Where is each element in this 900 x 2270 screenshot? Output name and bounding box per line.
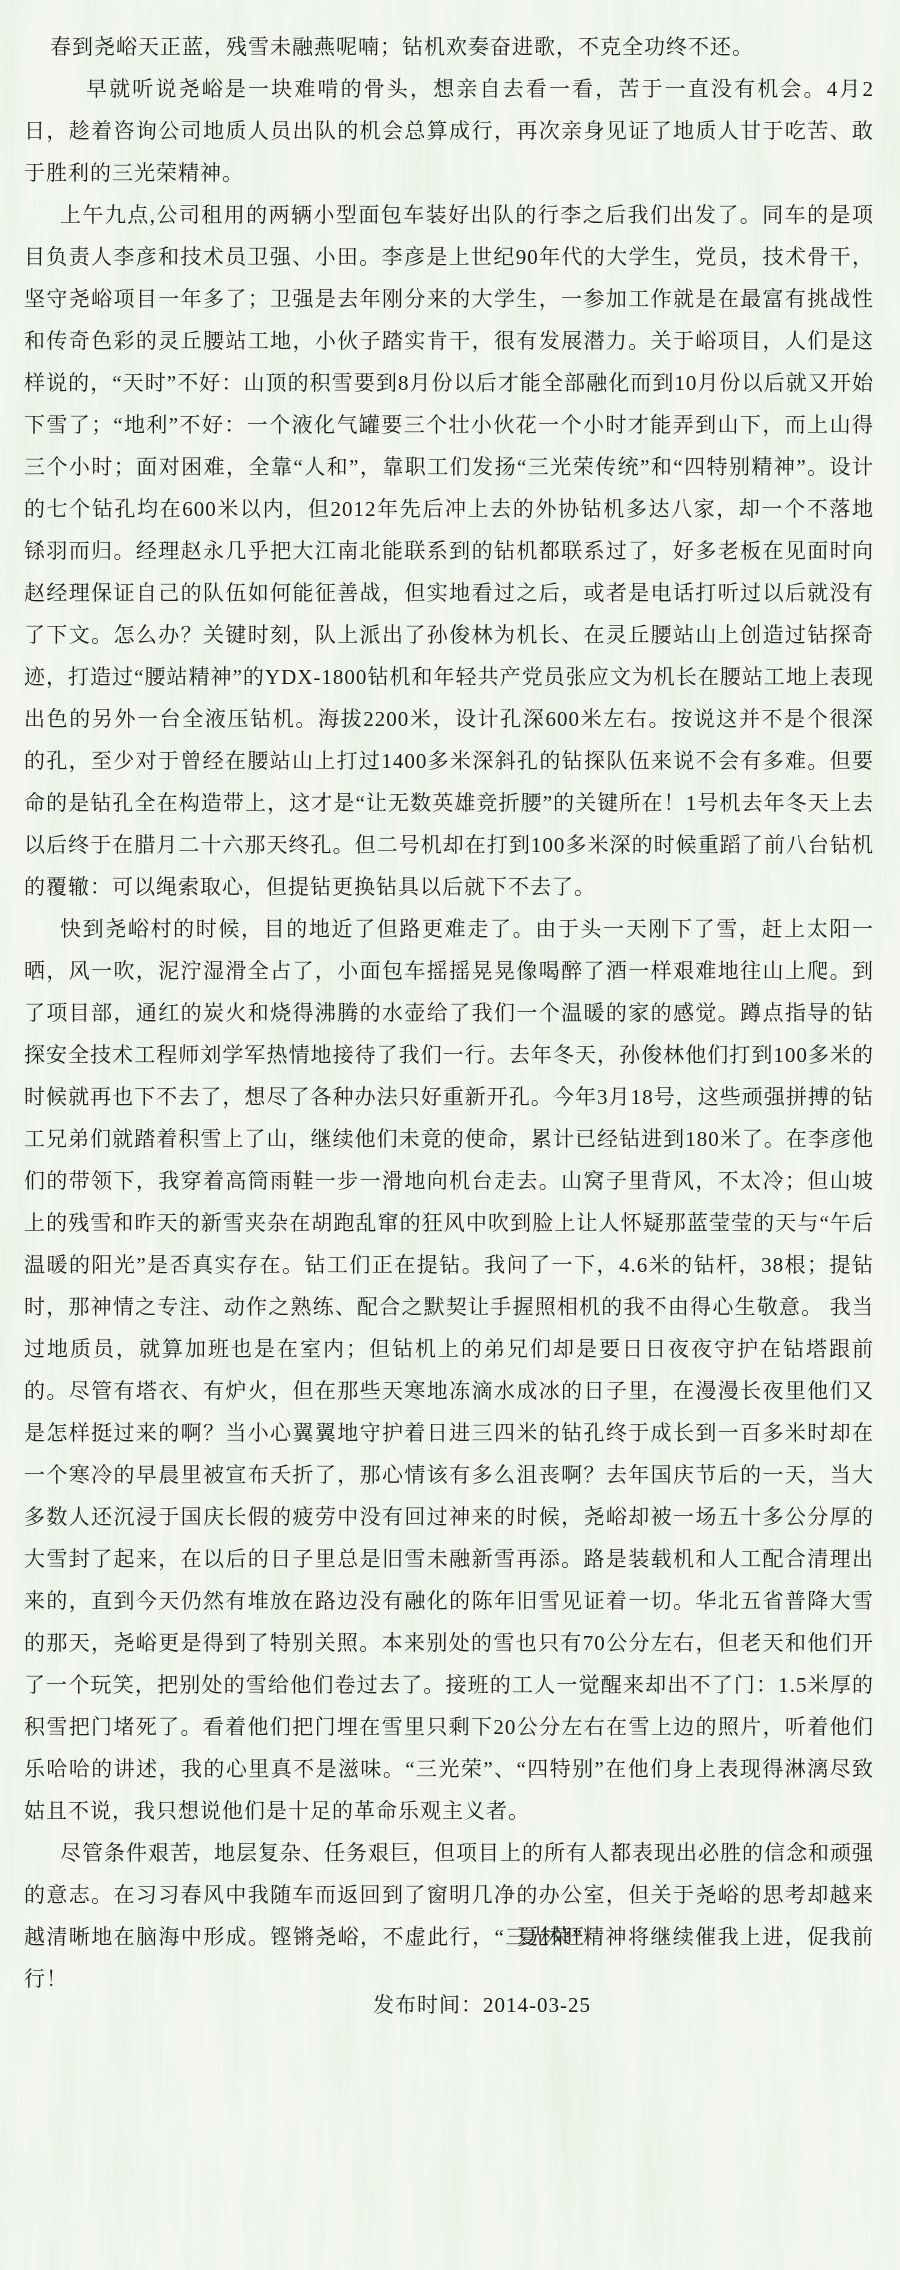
paragraph-departure: 上午九点,公司租用的两辆小型面包车装好出队的行李之后我们出发了。同车的是项目负责… [24,194,874,908]
paragraph-opening-poem: 春到尧峪天正蓝，残雪未融燕呢喃；钻机欢奏奋进歌，不克全功终不还。 [24,26,874,68]
paragraph-intro: 早就听说尧峪是一块难啃的骨头，想亲自去看一看，苦于一直没有机会。4月2日，趁着咨… [24,68,874,194]
publish-date: 发布时间：2014-03-25 [373,1989,591,2019]
article-body: 春到尧峪天正蓝，残雪未融燕呢喃；钻机欢奏奋进歌，不克全功终不还。 早就听说尧峪是… [0,0,900,2000]
paragraph-conclusion: 尽管条件艰苦，地层复杂、任务艰巨，但项目上的所有人都表现出必胜的信念和顽强的意志… [24,1832,874,2000]
paragraph-site-visit: 快到尧峪村的时候，目的地近了但路更难走了。由于头一天刚下了雪，赶上太阳一晒，风一… [24,908,874,1832]
author-signature: 夏林旺 [517,1921,586,1951]
